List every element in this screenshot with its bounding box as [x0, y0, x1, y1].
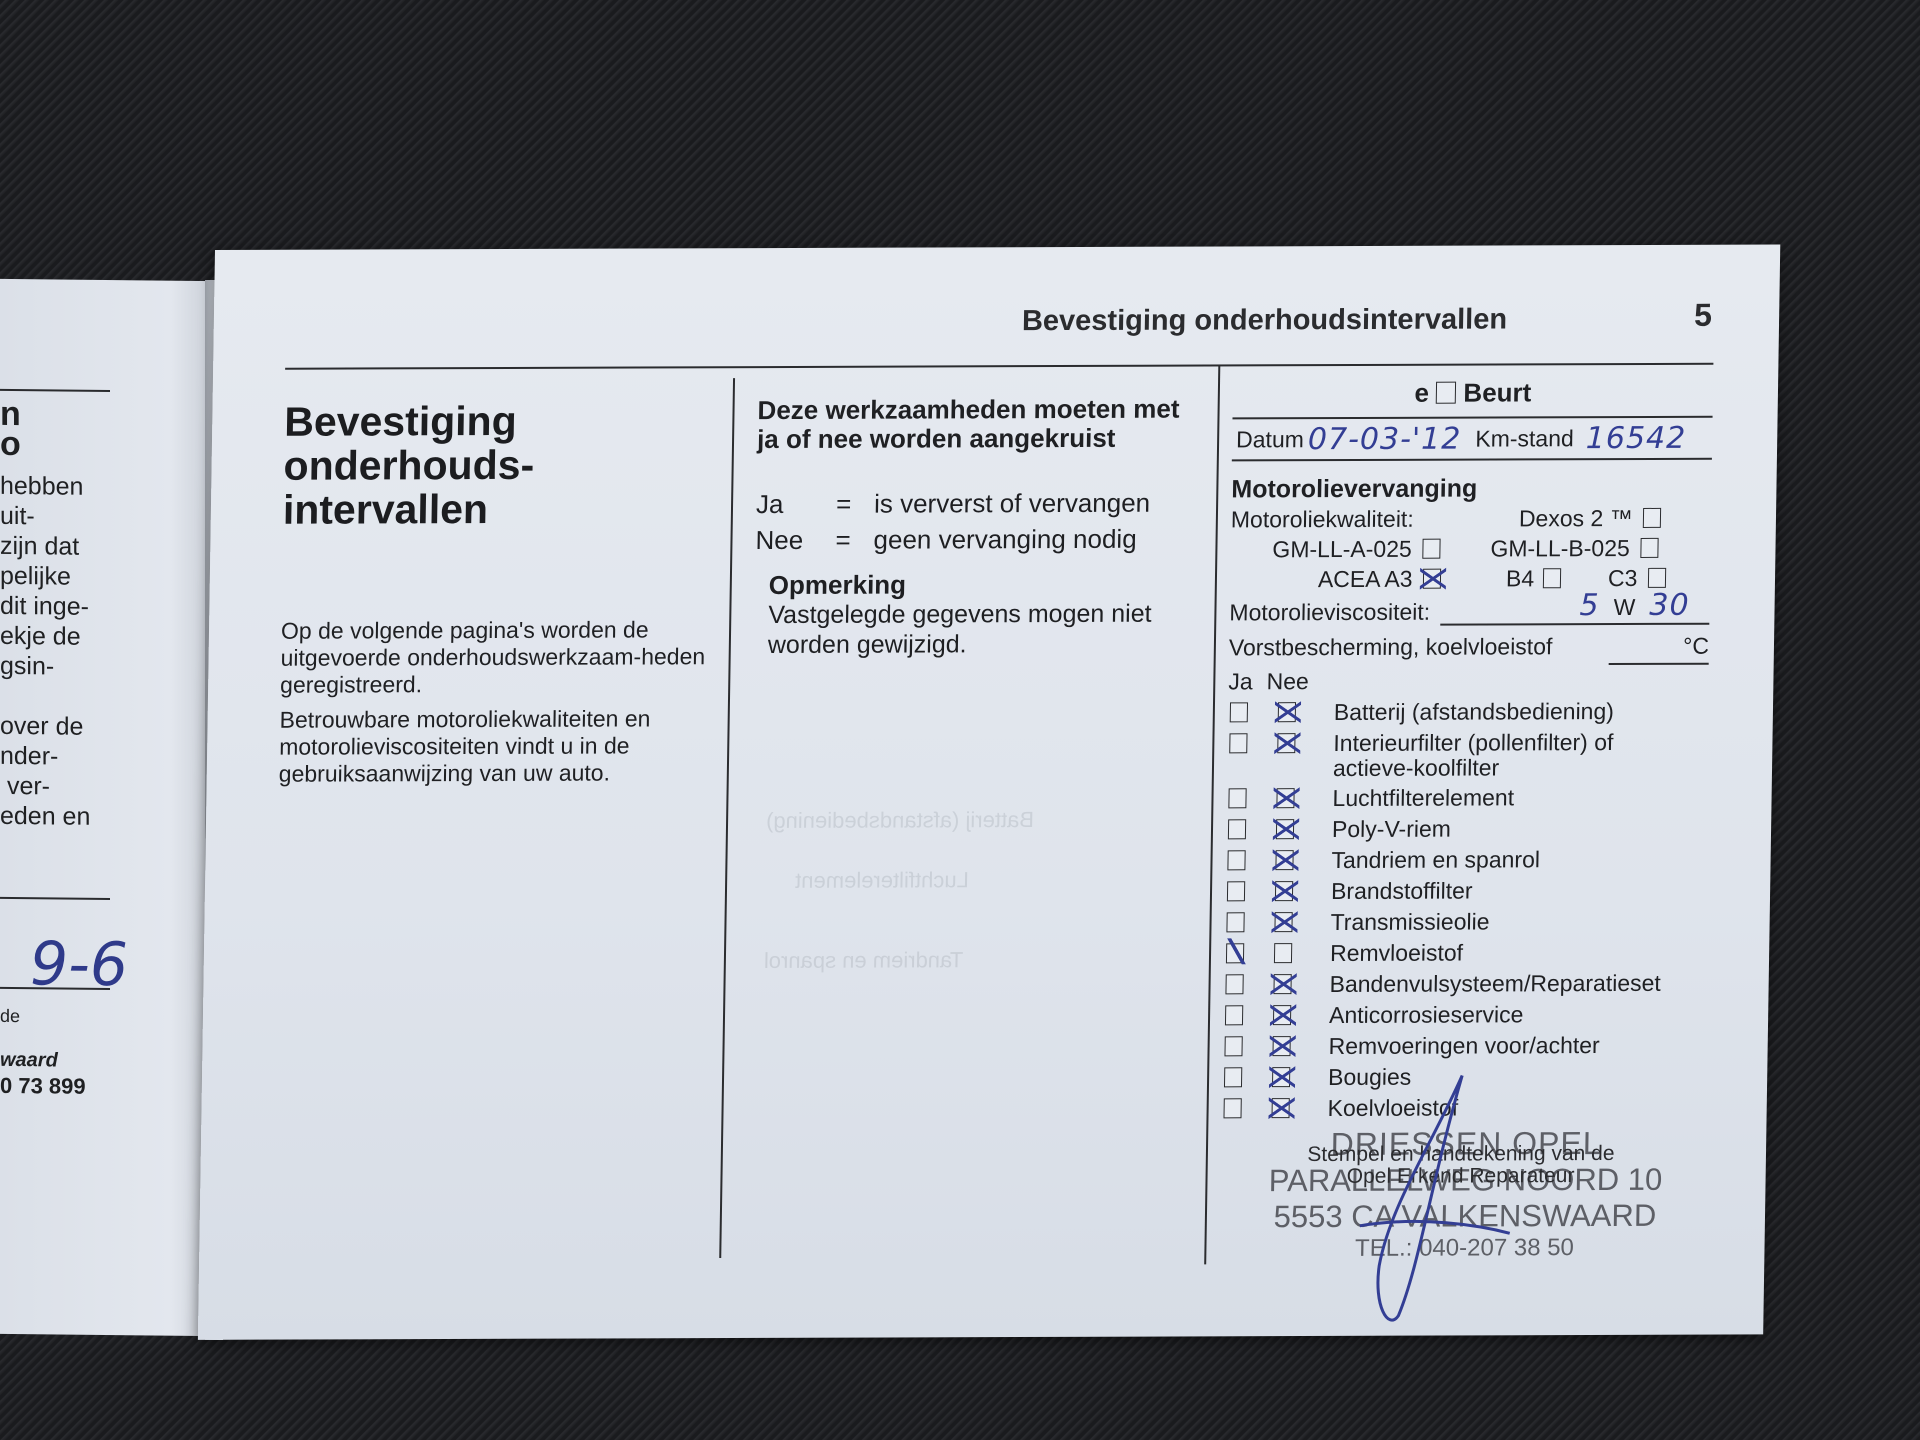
checklist-item: Batterij (afstandsbediening): [1228, 699, 1709, 732]
checklist-label: Batterij (afstandsbediening): [1324, 699, 1614, 725]
show-through: Luchtfilterelement: [795, 867, 969, 894]
oil-option-label: ACEA A3: [1318, 566, 1413, 592]
date-label: Datum: [1236, 426, 1304, 453]
ja-cell: [1224, 941, 1272, 966]
nee-cell: [1274, 786, 1322, 811]
oil-option-checkbox-checked[interactable]: [1423, 569, 1441, 589]
ja-cell: [1224, 910, 1272, 935]
signature: [1318, 1065, 1602, 1336]
oil-section-title: Motorolievervanging: [1231, 474, 1712, 505]
ja-checkbox[interactable]: [1224, 1067, 1242, 1087]
checklist-item: Tandriem en spanrol: [1225, 847, 1706, 880]
left-text: dit inge-: [0, 591, 89, 622]
oil-option-label: GM-LL-B-025: [1490, 535, 1630, 561]
legend-eq: =: [835, 522, 874, 558]
legend-row: Ja = is ververst of vervangen: [756, 484, 1207, 522]
left-text: ekje de: [0, 621, 81, 652]
nee-checkbox-checked[interactable]: [1276, 788, 1294, 808]
checklist-item: Poly-V-riem: [1226, 816, 1707, 849]
intro-title: Bevestiging onderhouds- intervallen: [283, 398, 715, 531]
km-field[interactable]: 16542: [1586, 420, 1687, 455]
oil-quality-label: Motoroliekwaliteit:: [1231, 506, 1414, 534]
oil-option-checkbox[interactable]: [1643, 508, 1661, 528]
ja-cell: [1225, 879, 1273, 904]
intro-paragraph: Op de volgende pagina's worden de uitgev…: [280, 616, 711, 698]
checklist-item: Luchtfilterelement: [1226, 785, 1707, 818]
legend-key: Nee: [755, 522, 836, 558]
nee-checkbox-checked[interactable]: [1275, 850, 1293, 870]
checklist-item: Remvloeistof: [1224, 940, 1705, 973]
frost-row: Vorstbescherming, koelvloeistof °C: [1229, 633, 1710, 667]
nee-cell: [1271, 1003, 1319, 1028]
checklist-header: Ja Nee: [1228, 667, 1709, 699]
note-title: Opmerking: [769, 568, 1206, 600]
oil-quality-row: GM-LL-A-025 GM-LL-B-025: [1230, 533, 1711, 565]
left-text: gsin-: [0, 651, 54, 682]
oil-option-checkbox[interactable]: [1648, 568, 1666, 588]
oil-option-acea-a3: ACEA A3: [1318, 566, 1441, 593]
checklist-label: Interieurfilter (pollenfilter) of actiev…: [1323, 730, 1654, 781]
ja-checkbox[interactable]: [1225, 1005, 1243, 1025]
km-label: Km-stand: [1475, 425, 1574, 452]
intro-paragraph: Betrouwbare motoroliekwaliteiten en moto…: [279, 705, 710, 787]
nee-cell: [1270, 1065, 1318, 1090]
nee-cell: [1272, 941, 1320, 966]
intro-title-line: Bevestiging: [284, 398, 715, 443]
legend-value: is ververst of vervangen: [874, 485, 1151, 522]
oil-option-gm-ll-a: GM-LL-A-025: [1272, 536, 1440, 564]
legend-value: geen vervanging nodig: [873, 521, 1137, 558]
checklist: Batterij (afstandsbediening)Interieurfil…: [1221, 699, 1708, 1128]
oil-quality-row: Motoroliekwaliteit: Dexos 2 ™: [1231, 503, 1712, 535]
left-page-rule: [0, 897, 110, 900]
oil-option-checkbox[interactable]: [1640, 538, 1658, 558]
beurt-heading: e Beurt: [1233, 377, 1714, 410]
ja-checkbox[interactable]: [1226, 912, 1244, 932]
instructions-column: Deze werkzaamheden moeten met ja of nee …: [754, 395, 1208, 661]
left-text: hebben: [0, 471, 83, 502]
nee-checkbox-checked[interactable]: [1273, 974, 1291, 994]
viscosity-value: 30: [1649, 588, 1690, 623]
left-text: ver-: [0, 771, 50, 802]
ja-checkbox-checked[interactable]: [1226, 943, 1244, 963]
show-through: Tandriem en spanrol: [764, 947, 964, 974]
left-text: nder-: [0, 741, 58, 772]
checklist-item: Anticorrosieservice: [1223, 1002, 1704, 1035]
ja-cell: [1222, 1065, 1270, 1090]
nee-checkbox-checked[interactable]: [1273, 1005, 1291, 1025]
legend: Ja = is ververst of vervangen Nee = geen…: [755, 484, 1206, 558]
checklist-item: Brandstoffilter: [1225, 878, 1706, 911]
checklist-label: Anticorrosieservice: [1319, 1002, 1524, 1028]
right-page: Batterij (afstandsbediening) Luchtfilter…: [198, 245, 1780, 1340]
nee-cell: [1274, 817, 1322, 842]
nee-checkbox-checked[interactable]: [1272, 1036, 1290, 1056]
ja-checkbox[interactable]: [1228, 788, 1246, 808]
note-body: Vastgelegde gegevens mogen niet worden g…: [768, 598, 1205, 660]
beurt-prefix: e: [1414, 378, 1429, 408]
ja-cell: [1223, 972, 1271, 997]
ja-checkbox[interactable]: [1224, 1036, 1242, 1056]
ja-checkbox[interactable]: [1227, 850, 1245, 870]
intro-title-line: intervallen: [283, 486, 714, 531]
nee-cell: [1269, 1096, 1317, 1121]
nee-checkbox[interactable]: [1274, 943, 1292, 963]
ja-cell: [1226, 786, 1274, 811]
nee-cell: [1276, 700, 1324, 725]
checklist-label: Brandstoffilter: [1321, 878, 1473, 904]
checklist-label: Transmissieolie: [1320, 909, 1489, 935]
ja-cell: [1221, 1096, 1269, 1121]
oil-option-gm-ll-b: GM-LL-B-025: [1490, 535, 1658, 563]
col-ja: Ja: [1228, 668, 1253, 698]
checklist-label: Remvloeistof: [1320, 941, 1463, 966]
beurt-checkbox[interactable]: [1436, 382, 1456, 404]
nee-checkbox-checked[interactable]: [1278, 702, 1296, 722]
date-field[interactable]: 07-03-'12: [1308, 421, 1462, 457]
ja-checkbox[interactable]: [1223, 1098, 1241, 1118]
viscosity-label: Motorolieviscositeit:: [1229, 599, 1430, 627]
ja-cell: [1222, 1034, 1270, 1059]
frost-field[interactable]: °C: [1609, 633, 1710, 665]
checklist-item: Remvoeringen voor/achter: [1222, 1033, 1703, 1066]
oil-option-label: B4: [1506, 565, 1535, 591]
frost-label: Vorstbescherming, koelvloeistof: [1229, 633, 1553, 666]
col-nee: Nee: [1266, 668, 1309, 698]
ja-checkbox[interactable]: [1228, 819, 1246, 839]
oil-option-c3: C3: [1608, 565, 1666, 592]
show-through: Batterij (afstandsbediening): [766, 807, 1034, 834]
nee-checkbox-checked[interactable]: [1272, 1067, 1290, 1087]
left-heading-fragment: o: [0, 429, 21, 459]
column-divider: [719, 378, 735, 1258]
oil-option-label: GM-LL-A-025: [1272, 536, 1412, 562]
checklist-label: Remvoeringen voor/achter: [1318, 1033, 1599, 1059]
left-text: eden en: [0, 801, 90, 832]
checklist-item: Transmissieolie: [1224, 909, 1705, 942]
intro-column: Bevestiging onderhouds- intervallen Op d…: [278, 398, 714, 795]
checklist-item: Interieurfilter (pollenfilter) of actiev…: [1227, 730, 1708, 787]
frost-unit: °C: [1683, 633, 1709, 659]
left-footer: de: [0, 1001, 20, 1031]
oil-option-checkbox[interactable]: [1422, 539, 1440, 559]
ja-cell: [1225, 848, 1273, 873]
checklist-label: Luchtfilterelement: [1322, 785, 1514, 811]
checklist-label: Tandriem en spanrol: [1321, 847, 1540, 873]
legend-key: Ja: [756, 486, 837, 522]
date-km-row: Datum 07-03-'12 Km-stand 16542: [1232, 416, 1713, 462]
nee-cell: [1273, 848, 1321, 873]
oil-option-b4: B4: [1506, 565, 1561, 592]
page-header-title: Bevestiging onderhoudsintervallen: [1022, 303, 1508, 338]
nee-cell: [1273, 879, 1321, 904]
left-footer: 0 73 899: [0, 1071, 86, 1102]
oil-quality-row: ACEA A3 B4 C3: [1230, 563, 1711, 595]
nee-checkbox-checked[interactable]: [1271, 1098, 1289, 1118]
oil-option-dexos: Dexos 2 ™: [1519, 505, 1662, 532]
legend-eq: =: [836, 486, 875, 522]
column-divider: [1204, 364, 1220, 1264]
viscosity-row: Motorolieviscositeit: 5 W 30: [1229, 593, 1710, 627]
intro-title-line: onderhouds-: [283, 442, 714, 487]
ja-checkbox[interactable]: [1230, 702, 1248, 722]
nee-checkbox-checked[interactable]: [1275, 881, 1293, 901]
page-number: 5: [1694, 297, 1712, 334]
ja-cell: [1227, 731, 1275, 756]
handwritten-note: 9-6: [30, 929, 128, 1000]
left-text: uit-: [0, 501, 35, 531]
oil-option-label: Dexos 2 ™: [1519, 505, 1633, 531]
ja-checkbox[interactable]: [1227, 881, 1245, 901]
nee-checkbox-checked[interactable]: [1276, 819, 1294, 839]
left-text: zijn dat: [0, 531, 79, 562]
ja-cell: [1228, 700, 1276, 725]
nee-cell: [1270, 1034, 1318, 1059]
nee-checkbox-checked[interactable]: [1277, 733, 1295, 753]
nee-cell: [1275, 731, 1323, 756]
ja-checkbox[interactable]: [1225, 974, 1243, 994]
beurt-label: Beurt: [1463, 377, 1531, 407]
ja-cell: [1223, 1003, 1271, 1028]
note: Opmerking Vastgelegde gegevens mogen nie…: [768, 568, 1205, 660]
left-page-rule: [0, 389, 110, 392]
nee-cell: [1272, 910, 1320, 935]
viscosity-value: 5: [1579, 588, 1600, 623]
left-text: pelijke: [0, 561, 71, 592]
checklist-label: Poly-V-riem: [1322, 817, 1451, 842]
nee-checkbox-checked[interactable]: [1274, 912, 1292, 932]
left-page: n o hebben uit- zijn dat pelijke dit ing…: [0, 279, 214, 1336]
ja-checkbox[interactable]: [1229, 733, 1247, 753]
oil-option-label: C3: [1608, 565, 1638, 591]
checklist-item: Bandenvulsysteem/Reparatieset: [1223, 971, 1704, 1004]
left-text: over de: [0, 711, 83, 742]
viscosity-w: W: [1613, 588, 1635, 623]
ja-cell: [1226, 817, 1274, 842]
nee-cell: [1271, 972, 1319, 997]
instructions-title: Deze werkzaamheden moeten met ja of nee …: [757, 395, 1208, 455]
oil-option-checkbox[interactable]: [1542, 568, 1560, 588]
service-form: e Beurt Datum 07-03-'12 Km-stand 16542 M…: [1221, 363, 1713, 1128]
checklist-label: Bandenvulsysteem/Reparatieset: [1319, 971, 1661, 997]
legend-row: Nee = geen vervanging nodig: [755, 520, 1206, 558]
